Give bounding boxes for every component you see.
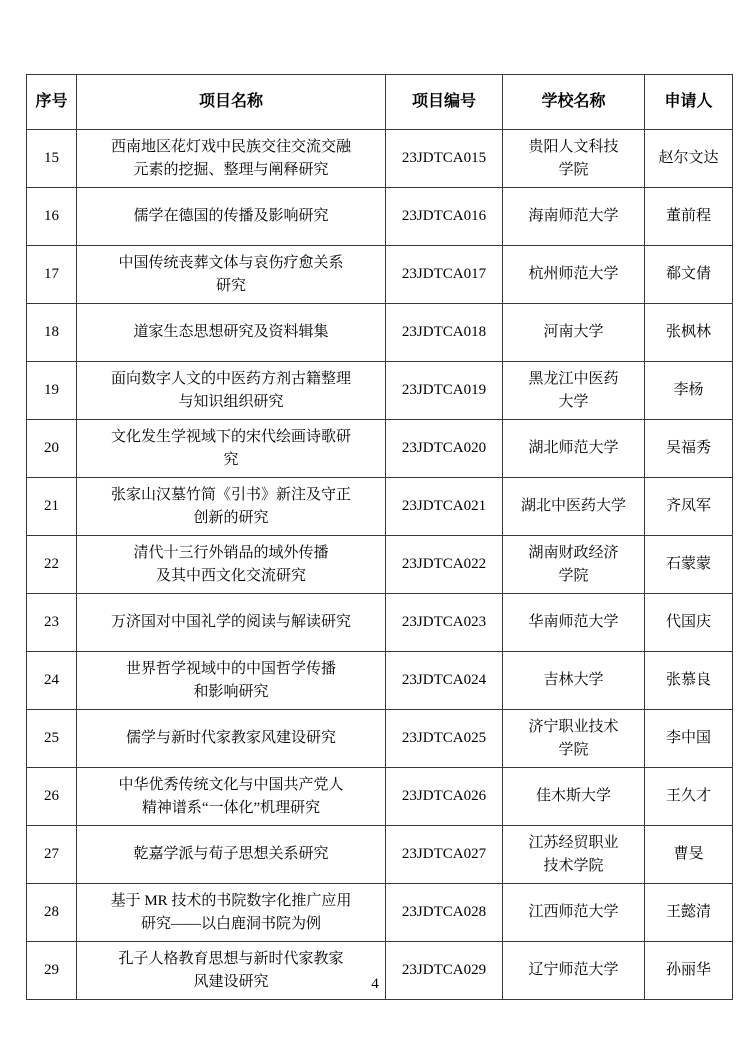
project-name: 面向数字人文的中医药方剂古籍整理 与知识组织研究: [77, 362, 386, 420]
school-name: 江西师范大学: [503, 884, 645, 942]
column-header-no: 序号: [27, 75, 77, 130]
table-row: 20 文化发生学视域下的宋代绘画诗歌研 究 23JDTCA020 湖北师范大学 …: [27, 420, 733, 478]
applicant-name: 齐凤军: [645, 478, 733, 536]
applicant-name: 代国庆: [645, 594, 733, 652]
school-name: 贵阳人文科技 学院: [503, 130, 645, 188]
project-name: 清代十三行外销品的域外传播 及其中西文化交流研究: [77, 536, 386, 594]
table-row: 23 万济国对中国礼学的阅读与解读研究 23JDTCA023 华南师范大学 代国…: [27, 594, 733, 652]
table-row: 25 儒学与新时代家教家风建设研究 23JDTCA025 济宁职业技术 学院 李…: [27, 710, 733, 768]
school-name: 海南师范大学: [503, 188, 645, 246]
table-row: 22 清代十三行外销品的域外传播 及其中西文化交流研究 23JDTCA022 湖…: [27, 536, 733, 594]
project-code: 23JDTCA016: [386, 188, 503, 246]
project-code: 23JDTCA028: [386, 884, 503, 942]
applicant-name: 郗文倩: [645, 246, 733, 304]
project-name: 中国传统丧葬文体与哀伤疗愈关系 研究: [77, 246, 386, 304]
project-code: 23JDTCA018: [386, 304, 503, 362]
project-code: 23JDTCA022: [386, 536, 503, 594]
school-name: 湖北中医药大学: [503, 478, 645, 536]
project-code: 23JDTCA020: [386, 420, 503, 478]
row-number: 15: [27, 130, 77, 188]
row-number: 28: [27, 884, 77, 942]
school-name: 河南大学: [503, 304, 645, 362]
row-number: 22: [27, 536, 77, 594]
school-name: 黑龙江中医药 大学: [503, 362, 645, 420]
project-name: 儒学与新时代家教家风建设研究: [77, 710, 386, 768]
project-name: 万济国对中国礼学的阅读与解读研究: [77, 594, 386, 652]
table-row: 15 西南地区花灯戏中民族交往交流交融 元素的挖掘、整理与阐释研究 23JDTC…: [27, 130, 733, 188]
project-name: 乾嘉学派与荀子思想关系研究: [77, 826, 386, 884]
table-row: 17 中国传统丧葬文体与哀伤疗愈关系 研究 23JDTCA017 杭州师范大学 …: [27, 246, 733, 304]
table-row: 19 面向数字人文的中医药方剂古籍整理 与知识组织研究 23JDTCA019 黑…: [27, 362, 733, 420]
project-code: 23JDTCA015: [386, 130, 503, 188]
table-header-row: 序号 项目名称 项目编号 学校名称 申请人: [27, 75, 733, 130]
project-code: 23JDTCA024: [386, 652, 503, 710]
project-code: 23JDTCA026: [386, 768, 503, 826]
applicant-name: 曹旻: [645, 826, 733, 884]
project-name: 中华优秀传统文化与中国共产党人 精神谱系“一体化”机理研究: [77, 768, 386, 826]
project-code: 23JDTCA023: [386, 594, 503, 652]
table-row: 16 儒学在德国的传播及影响研究 23JDTCA016 海南师范大学 董前程: [27, 188, 733, 246]
project-code: 23JDTCA019: [386, 362, 503, 420]
project-code: 23JDTCA017: [386, 246, 503, 304]
school-name: 佳木斯大学: [503, 768, 645, 826]
row-number: 24: [27, 652, 77, 710]
applicant-name: 董前程: [645, 188, 733, 246]
table-row: 24 世界哲学视域中的中国哲学传播 和影响研究 23JDTCA024 吉林大学 …: [27, 652, 733, 710]
project-code: 23JDTCA027: [386, 826, 503, 884]
column-header-applicant: 申请人: [645, 75, 733, 130]
table-row: 18 道家生态思想研究及资料辑集 23JDTCA018 河南大学 张枫林: [27, 304, 733, 362]
project-name: 儒学在德国的传播及影响研究: [77, 188, 386, 246]
row-number: 27: [27, 826, 77, 884]
table-row: 26 中华优秀传统文化与中国共产党人 精神谱系“一体化”机理研究 23JDTCA…: [27, 768, 733, 826]
row-number: 21: [27, 478, 77, 536]
row-number: 25: [27, 710, 77, 768]
school-name: 吉林大学: [503, 652, 645, 710]
row-number: 20: [27, 420, 77, 478]
project-name: 张家山汉墓竹简《引书》新注及守正 创新的研究: [77, 478, 386, 536]
table-row: 21 张家山汉墓竹简《引书》新注及守正 创新的研究 23JDTCA021 湖北中…: [27, 478, 733, 536]
applicant-name: 张慕良: [645, 652, 733, 710]
school-name: 湖南财政经济 学院: [503, 536, 645, 594]
applicant-name: 赵尔文达: [645, 130, 733, 188]
applicant-name: 石蒙蒙: [645, 536, 733, 594]
project-code: 23JDTCA025: [386, 710, 503, 768]
page-number: 4: [0, 976, 750, 993]
projects-table: 序号 项目名称 项目编号 学校名称 申请人 15 西南地区花灯戏中民族交往交流交…: [26, 74, 733, 1000]
project-name: 道家生态思想研究及资料辑集: [77, 304, 386, 362]
row-number: 19: [27, 362, 77, 420]
applicant-name: 王久才: [645, 768, 733, 826]
school-name: 华南师范大学: [503, 594, 645, 652]
project-name: 世界哲学视域中的中国哲学传播 和影响研究: [77, 652, 386, 710]
project-name: 西南地区花灯戏中民族交往交流交融 元素的挖掘、整理与阐释研究: [77, 130, 386, 188]
column-header-school: 学校名称: [503, 75, 645, 130]
school-name: 湖北师范大学: [503, 420, 645, 478]
column-header-project-code: 项目编号: [386, 75, 503, 130]
row-number: 23: [27, 594, 77, 652]
row-number: 18: [27, 304, 77, 362]
column-header-project-name: 项目名称: [77, 75, 386, 130]
table-row: 27 乾嘉学派与荀子思想关系研究 23JDTCA027 江苏经贸职业 技术学院 …: [27, 826, 733, 884]
school-name: 江苏经贸职业 技术学院: [503, 826, 645, 884]
row-number: 26: [27, 768, 77, 826]
row-number: 17: [27, 246, 77, 304]
applicant-name: 王懿清: [645, 884, 733, 942]
table-row: 28 基于 MR 技术的书院数字化推广应用 研究——以白鹿洞书院为例 23JDT…: [27, 884, 733, 942]
project-code: 23JDTCA021: [386, 478, 503, 536]
applicant-name: 张枫林: [645, 304, 733, 362]
applicant-name: 李杨: [645, 362, 733, 420]
applicant-name: 吴福秀: [645, 420, 733, 478]
project-name: 基于 MR 技术的书院数字化推广应用 研究——以白鹿洞书院为例: [77, 884, 386, 942]
row-number: 16: [27, 188, 77, 246]
school-name: 济宁职业技术 学院: [503, 710, 645, 768]
applicant-name: 李中国: [645, 710, 733, 768]
project-name: 文化发生学视域下的宋代绘画诗歌研 究: [77, 420, 386, 478]
school-name: 杭州师范大学: [503, 246, 645, 304]
